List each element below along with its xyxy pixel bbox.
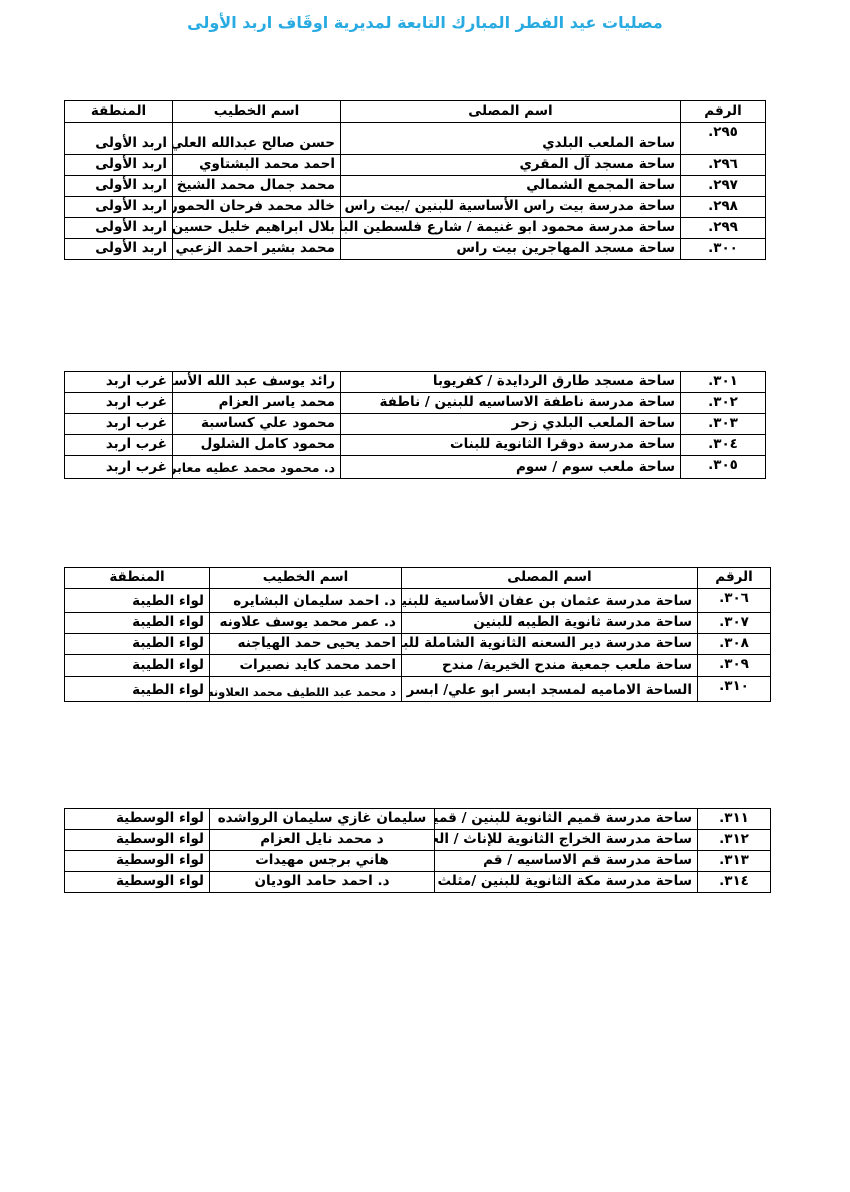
cell-region: غرب اربد bbox=[65, 393, 173, 414]
cell-mosque: ساحة مدرسة دوقرا الثانوية للبنات bbox=[341, 434, 681, 455]
cell-region: لواء الطيبة bbox=[65, 676, 210, 701]
cell-khatib: خالد محمد فرحان الحموري bbox=[173, 196, 341, 217]
cell-number: ٣٠١. bbox=[681, 372, 766, 393]
cell-mosque: ساحة مدرسة محمود ابو غنيمة / شارع فلسطين… bbox=[341, 217, 681, 238]
cell-region: غرب اربد bbox=[65, 455, 173, 478]
cell-number: ٣١٢. bbox=[698, 829, 771, 850]
cell-number: ٣١٣. bbox=[698, 850, 771, 871]
cell-mosque: ساحة مسجد المهاجرين بيت راس bbox=[341, 238, 681, 259]
cell-khatib: محمود كامل الشلول bbox=[173, 434, 341, 455]
cell-number: ٣١٤. bbox=[698, 871, 771, 892]
cell-region: لواء الطيبة bbox=[65, 633, 210, 654]
cell-number: ٣٠٦. bbox=[698, 589, 771, 613]
cell-region: اربد الأولى bbox=[65, 217, 173, 238]
cell-khatib: حسن صالح عبدالله العلي bbox=[173, 123, 341, 155]
cell-mosque: الساحة الاماميه لمسجد ابسر ابو علي/ ابسر bbox=[402, 676, 698, 701]
document-title: مصليات عيد الفطر المبارك التابعة لمديرية… bbox=[0, 13, 850, 32]
header-mosque: اسم المصلى bbox=[402, 568, 698, 589]
table-row: ٣١٣. ساحة مدرسة قم الاساسيه / قم هاني بر… bbox=[65, 850, 771, 871]
cell-mosque: ساحة مدرسة قم الاساسيه / قم bbox=[435, 850, 698, 871]
table-row: ٣٠٣. ساحة الملعب البلدي زحر محمود علي كس… bbox=[65, 413, 766, 434]
prayer-table-irbid-oula: الرقم اسم المصلى اسم الخطيب المنطقة ٢٩٥.… bbox=[64, 100, 766, 260]
cell-number: ٢٩٨. bbox=[681, 196, 766, 217]
table-row: ٣٠٢. ساحة مدرسة ناطفة الاساسيه للبنين / … bbox=[65, 393, 766, 414]
table-row: ٣٠٨. ساحة مدرسة دير السعنه الثانوية الشا… bbox=[65, 633, 771, 654]
cell-number: ٣٠٢. bbox=[681, 393, 766, 414]
cell-region: لواء الوسطية bbox=[65, 850, 210, 871]
header-number: الرقم bbox=[698, 568, 771, 589]
cell-region: اربد الأولى bbox=[65, 155, 173, 176]
cell-khatib: محمد ياسر العزام bbox=[173, 393, 341, 414]
cell-mosque: ساحة مدرسة قميم الثانوية للبنين / قميم bbox=[435, 809, 698, 830]
header-khatib: اسم الخطيب bbox=[173, 101, 341, 123]
cell-mosque: ساحة مدرسة بيت راس الأساسية للبنين /بيت … bbox=[341, 196, 681, 217]
cell-khatib: د محمد نايل العزام bbox=[210, 829, 435, 850]
cell-region: لواء الوسطية bbox=[65, 809, 210, 830]
cell-region: غرب اربد bbox=[65, 372, 173, 393]
table-row: ٣١٠. الساحة الاماميه لمسجد ابسر ابو علي/… bbox=[65, 676, 771, 701]
cell-number: ٣٠٨. bbox=[698, 633, 771, 654]
cell-mosque: ساحة ملعب جمعية مندح الخيرية/ مندح bbox=[402, 654, 698, 676]
cell-khatib: احمد يحيى حمد الهياجنه bbox=[210, 633, 402, 654]
table-header-row: الرقم اسم المصلى اسم الخطيب المنطقة bbox=[65, 101, 766, 123]
cell-region: لواء الوسطية bbox=[65, 871, 210, 892]
cell-region: لواء الوسطية bbox=[65, 829, 210, 850]
cell-khatib: محمد جمال محمد الشيخ bbox=[173, 175, 341, 196]
cell-region: اربد الأولى bbox=[65, 238, 173, 259]
cell-number: ٣٠٣. bbox=[681, 413, 766, 434]
cell-mosque: ساحة ملعب سوم / سوم bbox=[341, 455, 681, 478]
table-row: ٣٠٧. ساحة مدرسة ثانوية الطيبه للبنين د. … bbox=[65, 613, 771, 634]
cell-khatib: محمد بشير احمد الزعبي bbox=[173, 238, 341, 259]
header-khatib: اسم الخطيب bbox=[210, 568, 402, 589]
cell-khatib: سليمان غازي سليمان الرواشده bbox=[210, 809, 435, 830]
cell-mosque: ساحة الملعب البلدي bbox=[341, 123, 681, 155]
cell-khatib: بلال ابراهيم خليل حسين bbox=[173, 217, 341, 238]
table-row: ٢٩٨. ساحة مدرسة بيت راس الأساسية للبنين … bbox=[65, 196, 766, 217]
table-row: ٢٩٧. ساحة المجمع الشمالي محمد جمال محمد … bbox=[65, 175, 766, 196]
cell-mosque: ساحة مدرسة ناطفة الاساسيه للبنين / ناطفة bbox=[341, 393, 681, 414]
cell-mosque: ساحة مدرسة دير السعنه الثانوية الشاملة ل… bbox=[402, 633, 698, 654]
cell-region: اربد الأولى bbox=[65, 123, 173, 155]
cell-mosque: ساحة مسجد آل المقري bbox=[341, 155, 681, 176]
cell-region: لواء الطيبة bbox=[65, 654, 210, 676]
cell-khatib: احمد محمد البشتاوي bbox=[173, 155, 341, 176]
header-region: المنطقة bbox=[65, 101, 173, 123]
cell-khatib: د. احمد سليمان البشايره bbox=[210, 589, 402, 613]
table-row: ٣٠١. ساحة مسجد طارق الردايدة / كفريوبا ر… bbox=[65, 372, 766, 393]
cell-number: ٣٠٧. bbox=[698, 613, 771, 634]
cell-number: ٣١٠. bbox=[698, 676, 771, 701]
prayer-table-tayba: الرقم اسم المصلى اسم الخطيب المنطقة ٣٠٦.… bbox=[64, 567, 771, 702]
table-row: ٢٩٥. ساحة الملعب البلدي حسن صالح عبدالله… bbox=[65, 123, 766, 155]
table-row: ٢٩٩. ساحة مدرسة محمود ابو غنيمة / شارع ف… bbox=[65, 217, 766, 238]
table-row: ٣٠٦. ساحة مدرسة عثمان بن عفان الأساسية ل… bbox=[65, 589, 771, 613]
cell-khatib: احمد محمد كايد نصيرات bbox=[210, 654, 402, 676]
header-mosque: اسم المصلى bbox=[341, 101, 681, 123]
cell-number: ٢٩٧. bbox=[681, 175, 766, 196]
cell-khatib: د محمد عبد اللطيف محمد العلاونه bbox=[210, 676, 402, 701]
table-row: ٣٠٠. ساحة مسجد المهاجرين بيت راس محمد بش… bbox=[65, 238, 766, 259]
cell-region: غرب اربد bbox=[65, 413, 173, 434]
cell-region: لواء الطيبة bbox=[65, 589, 210, 613]
header-region: المنطقة bbox=[65, 568, 210, 589]
table-row: ٢٩٦. ساحة مسجد آل المقري احمد محمد البشت… bbox=[65, 155, 766, 176]
table-row: ٣٠٩. ساحة ملعب جمعية مندح الخيرية/ مندح … bbox=[65, 654, 771, 676]
cell-region: اربد الأولى bbox=[65, 175, 173, 196]
table-row: ٣١٤. ساحة مدرسة مكة الثانوية للبنين /مثل… bbox=[65, 871, 771, 892]
cell-khatib: د. عمر محمد يوسف علاونه bbox=[210, 613, 402, 634]
cell-number: ٣٠٤. bbox=[681, 434, 766, 455]
cell-region: غرب اربد bbox=[65, 434, 173, 455]
table-row: ٣٠٥. ساحة ملعب سوم / سوم د. محمود محمد ع… bbox=[65, 455, 766, 478]
cell-number: ٢٩٥. bbox=[681, 123, 766, 155]
cell-mosque: ساحة الملعب البلدي زحر bbox=[341, 413, 681, 434]
cell-number: ٢٩٩. bbox=[681, 217, 766, 238]
cell-mosque: ساحة مسجد طارق الردايدة / كفريوبا bbox=[341, 372, 681, 393]
cell-mosque: ساحة مدرسة ثانوية الطيبه للبنين bbox=[402, 613, 698, 634]
cell-number: ٢٩٦. bbox=[681, 155, 766, 176]
cell-number: ٣٠٥. bbox=[681, 455, 766, 478]
cell-region: اربد الأولى bbox=[65, 196, 173, 217]
cell-mosque: ساحة مدرسة عثمان بن عفان الأساسية للبنين bbox=[402, 589, 698, 613]
cell-khatib: د. محمود محمد عطيه معابره bbox=[173, 455, 341, 478]
prayer-table-gharb-irbid: ٣٠١. ساحة مسجد طارق الردايدة / كفريوبا ر… bbox=[64, 371, 766, 479]
cell-number: ٣٠٩. bbox=[698, 654, 771, 676]
cell-region: لواء الطيبة bbox=[65, 613, 210, 634]
cell-khatib: رائد يوسف عبد الله الأسعد bbox=[173, 372, 341, 393]
cell-mosque: ساحة المجمع الشمالي bbox=[341, 175, 681, 196]
table-header-row: الرقم اسم المصلى اسم الخطيب المنطقة bbox=[65, 568, 771, 589]
cell-khatib: هاني برجس مهيدات bbox=[210, 850, 435, 871]
cell-number: ٣١١. bbox=[698, 809, 771, 830]
table-row: ٣١١. ساحة مدرسة قميم الثانوية للبنين / ق… bbox=[65, 809, 771, 830]
cell-number: ٣٠٠. bbox=[681, 238, 766, 259]
header-number: الرقم bbox=[681, 101, 766, 123]
table-row: ٣٠٤. ساحة مدرسة دوقرا الثانوية للبنات مح… bbox=[65, 434, 766, 455]
cell-mosque: ساحة مدرسة الخراج الثانوية للإناث / الخر… bbox=[435, 829, 698, 850]
prayer-table-wastiyya: ٣١١. ساحة مدرسة قميم الثانوية للبنين / ق… bbox=[64, 808, 771, 893]
cell-khatib: محمود علي كساسبة bbox=[173, 413, 341, 434]
document-page: مصليات عيد الفطر المبارك التابعة لمديرية… bbox=[0, 0, 850, 1192]
cell-khatib: د. احمد حامد الوديان bbox=[210, 871, 435, 892]
cell-mosque: ساحة مدرسة مكة الثانوية للبنين /مثلث حوف… bbox=[435, 871, 698, 892]
table-row: ٣١٢. ساحة مدرسة الخراج الثانوية للإناث /… bbox=[65, 829, 771, 850]
